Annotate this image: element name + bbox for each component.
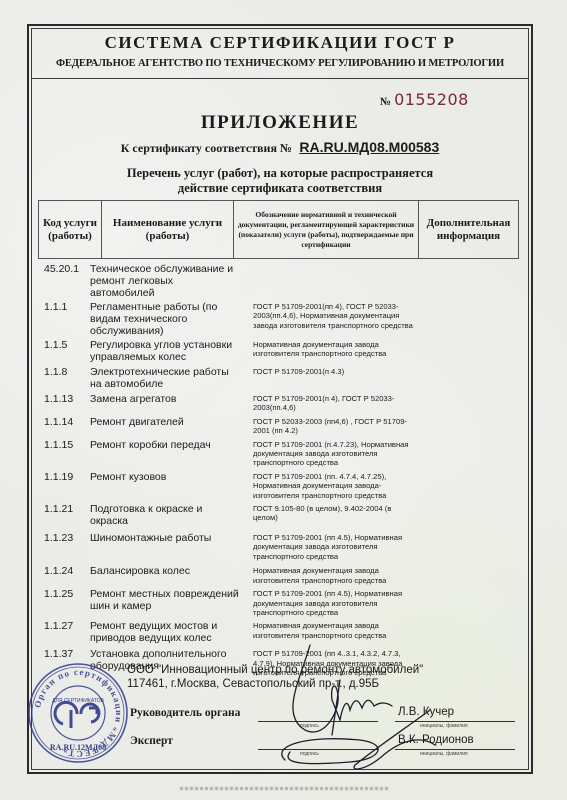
- row-normative: ГОСТ Р 51709-2001(п 4.3): [240, 366, 418, 390]
- row-code: 1.1.13: [44, 393, 88, 413]
- table-row: 1.1.14Ремонт двигателейГОСТ Р 52033-2003…: [44, 416, 514, 436]
- header-normative: Обозначение нормативной и технической до…: [234, 201, 419, 259]
- row-normative: ГОСТ Р 51709-2001(пп 4), ГОСТ Р 52033-20…: [240, 301, 418, 337]
- certification-stamp: Орган по сертификации «МД-ТЕСТ» ДЛЯ СЕРТ…: [27, 662, 129, 764]
- row-normative: Нормативная документация завода изготови…: [240, 339, 418, 363]
- services-list: 45.20.1Техническое обслуживание и ремонт…: [44, 263, 514, 681]
- row-code: 1.1.8: [44, 366, 88, 390]
- header-name: Наименование услуги (работы): [102, 201, 234, 259]
- header-code: Код услуги (работы): [39, 201, 102, 259]
- row-code: 1.1.1: [44, 301, 88, 337]
- row-normative: Нормативная документация завода изготови…: [240, 565, 418, 585]
- header-additional: Дополнительная информация: [419, 201, 519, 259]
- row-code: 1.1.27: [44, 620, 88, 644]
- certificate-label: К сертификату соответствия №: [121, 141, 292, 155]
- row-normative: ГОСТ Р 51709-2001(п 4), ГОСТ Р 52033-200…: [240, 393, 418, 413]
- row-code: 45.20.1: [44, 263, 88, 299]
- agency-name: ФЕДЕРАЛЬНОЕ АГЕНТСТВО ПО ТЕХНИЧЕСКОМУ РЕ…: [31, 58, 529, 69]
- table-row: 1.1.25Ремонт местных повреждений шин и к…: [44, 588, 514, 617]
- row-name: Ремонт ведущих мостов и приводов ведущих…: [88, 620, 240, 644]
- row-code: 1.1.15: [44, 439, 88, 468]
- blank-number: №0155208: [380, 90, 469, 110]
- row-name: Замена агрегатов: [88, 393, 240, 413]
- list-caption: Перечень услуг (работ), на которые распр…: [31, 166, 529, 196]
- row-code: 1.1.21: [44, 503, 88, 527]
- row-name: Ремонт коробки передач: [88, 439, 240, 468]
- expert-role: Эксперт: [130, 735, 173, 747]
- table-row: 1.1.24Балансировка колесНормативная доку…: [44, 565, 514, 585]
- row-normative: ГОСТ 9.105-80 (в целом), 9.402-2004 (в ц…: [240, 503, 418, 527]
- table-row: 1.1.19Ремонт кузововГОСТ Р 51709-2001 (п…: [44, 471, 514, 500]
- table-row: 1.1.1Регламентные работы (по видам техни…: [44, 301, 514, 337]
- row-normative: ГОСТ Р 52033-2003 (пп4,6) , ГОСТ Р 51709…: [240, 416, 418, 436]
- row-normative: [240, 263, 418, 299]
- row-normative: ГОСТ Р 51709-2001 (пп 4.5), Нормативная …: [240, 532, 418, 561]
- printer-footer-line: [180, 787, 390, 790]
- table-row: 1.1.5Регулировка углов установки управля…: [44, 339, 514, 363]
- certificate-reference: К сертификату соответствия № RA.RU.МД08.…: [31, 139, 529, 156]
- row-name: Регламентные работы (по видам техническо…: [88, 301, 240, 337]
- table-row: 1.1.15Ремонт коробки передачГОСТ Р 51709…: [44, 439, 514, 468]
- table-row: 1.1.23Шиномонтажные работыГОСТ Р 51709-2…: [44, 532, 514, 561]
- table-header: Код услуги (работы) Наименование услуги …: [38, 200, 519, 259]
- table-row: 1.1.8Электротехнические работы на автомо…: [44, 366, 514, 390]
- number-sign: №: [380, 96, 391, 108]
- row-code: 1.1.19: [44, 471, 88, 500]
- row-code: 1.1.23: [44, 532, 88, 561]
- row-name: Подготовка к окраске и окраска: [88, 503, 240, 527]
- blank-number-value: 0155208: [394, 90, 469, 109]
- certificate-number: RA.RU.МД08.М00583: [299, 139, 439, 155]
- row-name: Ремонт местных повреждений шин и камер: [88, 588, 240, 617]
- row-code: 1.1.25: [44, 588, 88, 617]
- row-normative: ГОСТ Р 51709-2001 (пп 4.5), Нормативная …: [240, 588, 418, 617]
- table-row: 1.1.13Замена агрегатовГОСТ Р 51709-2001(…: [44, 393, 514, 413]
- row-normative: ГОСТ Р 51709-2001 (п.4.7.23), Нормативна…: [240, 439, 418, 468]
- row-name: Техническое обслуживание и ремонт легков…: [88, 263, 240, 299]
- document-title: ПРИЛОЖЕНИЕ: [31, 112, 529, 134]
- table-row: 45.20.1Техническое обслуживание и ремонт…: [44, 263, 514, 299]
- header-separator: [31, 78, 529, 79]
- row-name: Электротехнические работы на автомобиле: [88, 366, 240, 390]
- row-name: Шиномонтажные работы: [88, 532, 240, 561]
- row-name: Ремонт кузовов: [88, 471, 240, 500]
- handwritten-signature: [270, 640, 490, 780]
- table-row: 1.1.21Подготовка к окраске и окраскаГОСТ…: [44, 503, 514, 527]
- row-name: Регулировка углов установки управляемых …: [88, 339, 240, 363]
- list-caption-line2: действие сертификата соответствия: [31, 181, 529, 196]
- row-name: Балансировка колес: [88, 565, 240, 585]
- list-caption-line1: Перечень услуг (работ), на которые распр…: [31, 166, 529, 181]
- row-code: 1.1.24: [44, 565, 88, 585]
- row-code: 1.1.14: [44, 416, 88, 436]
- svg-text:RA.RU.12МД08: RA.RU.12МД08: [50, 743, 106, 752]
- row-code: 1.1.5: [44, 339, 88, 363]
- system-title: СИСТЕМА СЕРТИФИКАЦИИ ГОСТ Р: [31, 33, 529, 53]
- row-normative: ГОСТ Р 51709-2001 (пп. 4.7.4, 4.7.25), Н…: [240, 471, 418, 500]
- row-name: Ремонт двигателей: [88, 416, 240, 436]
- head-role: Руководитель органа: [130, 707, 240, 719]
